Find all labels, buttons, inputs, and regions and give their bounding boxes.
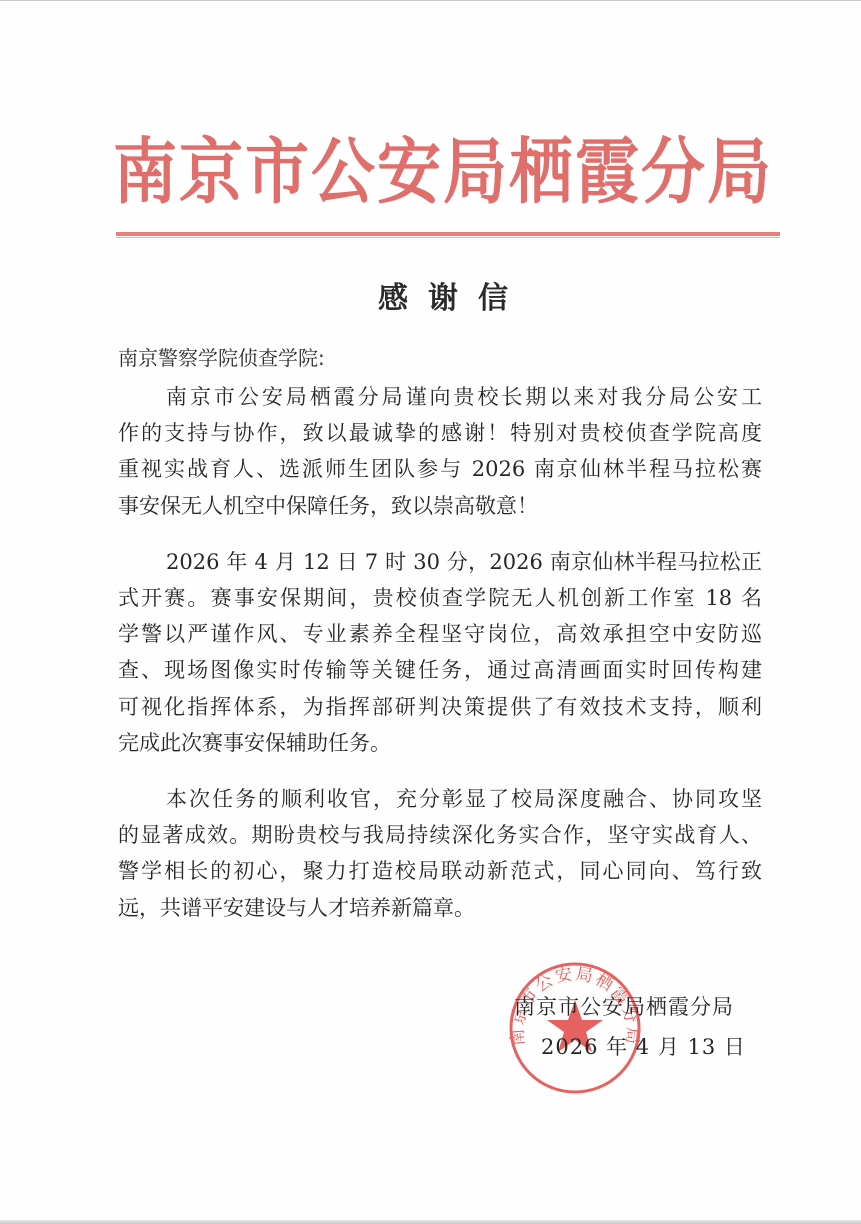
paragraph-2-line-1: 2026 年 4 月 12 日 7 时 30 分，2026 南京仙林半程马拉松正 (166, 547, 762, 577)
letterhead-char: 市 (244, 128, 310, 218)
signature-organization: 南京市公安局栖霞分局 (514, 992, 734, 1022)
signature-date: 2026 年 4 月 13 日 (541, 1032, 746, 1062)
paragraph-2-line-5: 可视化指挥体系，为指挥部研判决策提供了有效技术支持，顺利 (118, 692, 762, 722)
paragraph-3-line-2: 的显著成效。期盼贵校与我局持续深化务实合作，坚守实战育人、 (118, 820, 762, 850)
letterhead-divider-thin (116, 237, 780, 238)
paragraph-3-line-4: 远，共谱平安建设与人才培养新篇章。 (118, 893, 762, 923)
letterhead-char: 京 (178, 128, 244, 218)
paragraph-2-line-2: 式开赛。赛事安保期间，贵校侦查学院无人机创新工作室 18 名 (118, 583, 762, 613)
letter-title: 感谢信 (378, 279, 508, 319)
paragraph-2-line-4: 查、现场图像实时传输等关键任务，通过高清画面实时回传构建 (118, 655, 762, 685)
paragraph-2-line-6: 完成此次赛事安保辅助任务。 (118, 728, 762, 758)
title-char: 信 (478, 279, 508, 319)
letterhead-char: 霞 (574, 128, 640, 218)
title-char: 感 (378, 279, 408, 319)
page-edge-bottom (0, 1220, 861, 1224)
letterhead-char: 分 (640, 128, 706, 218)
paragraph-2-line-3: 学警以严谨作风、专业素养全程坚守岗位，高效承担空中安防巡 (118, 619, 762, 649)
paragraph-1-line-4: 事安保无人机空中保障任务，致以崇高敬意！ (118, 491, 762, 521)
page-edge-top (0, 0, 861, 1)
letterhead-char: 公 (310, 128, 376, 218)
paragraph-1-line-1: 南京市公安局栖霞分局谨向贵校长期以来对我分局公安工 (166, 382, 762, 412)
letterhead: 南京市公安局栖霞分局 (112, 128, 772, 218)
letterhead-char: 安 (376, 128, 442, 218)
letterhead-divider (116, 232, 780, 236)
letterhead-char: 栖 (508, 128, 574, 218)
letterhead-char: 局 (442, 128, 508, 218)
paragraph-1-line-3: 重视实战育人、选派师生团队参与 2026 南京仙林半程马拉松赛 (118, 454, 762, 484)
paragraph-3-line-1: 本次任务的顺利收官，充分彰显了校局深度融合、协同攻坚 (166, 784, 762, 814)
letterhead-char: 局 (706, 128, 772, 218)
salutation: 南京警察学院侦查学院: (118, 344, 325, 372)
title-char: 谢 (428, 279, 458, 319)
letterhead-char: 南 (112, 128, 178, 218)
official-seal: 南京市公安局栖霞分局 (507, 960, 643, 1096)
paragraph-1-line-2: 作的支持与协作，致以最诚挚的感谢！特别对贵校侦查学院高度 (118, 418, 762, 448)
paragraph-3-line-3: 警学相长的初心，聚力打造校局联动新范式，同心同向、笃行致 (118, 856, 762, 886)
